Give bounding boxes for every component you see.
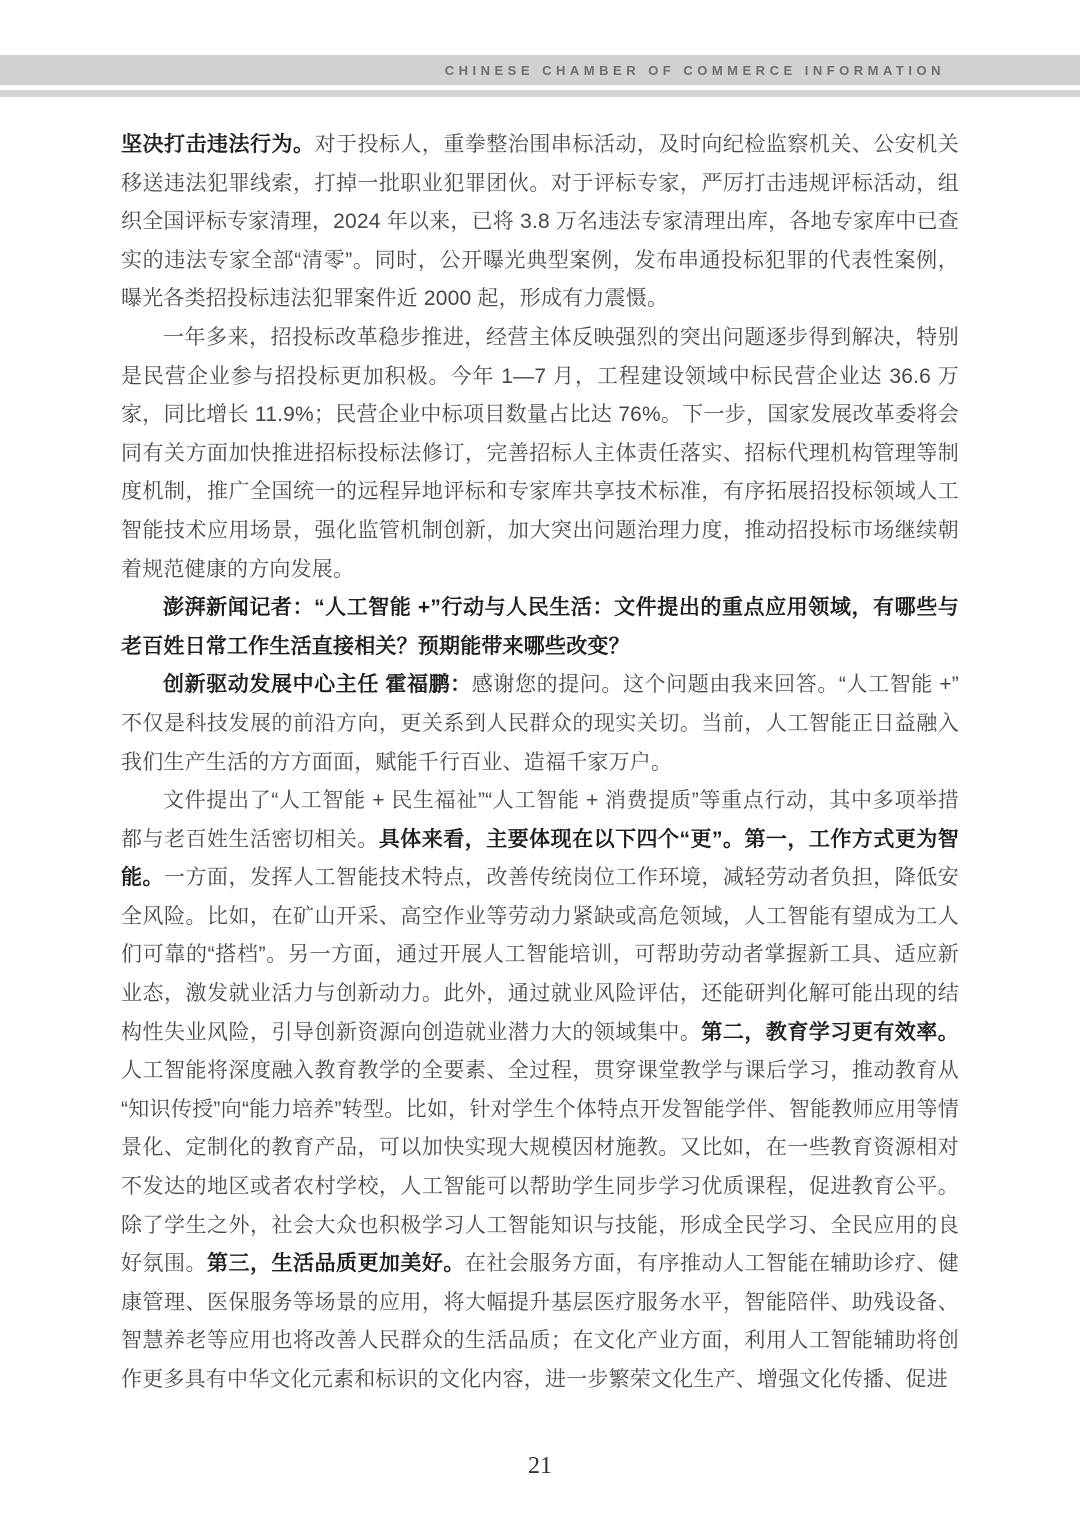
- bold-text-run: 第二，教育学习更有效率。: [701, 1021, 959, 1044]
- header-banner-text: CHINESE CHAMBER OF COMMERCE INFORMATION: [445, 63, 945, 78]
- bold-text-run: 澎湃新闻记者：“人工智能 +”行动与人民生活：文件提出的重点应用领域，有哪些与老…: [121, 596, 959, 658]
- paragraph: 坚决打击违法行为。对于投标人，重拳整治围串标活动，及时向纪检监察机关、公安机关移…: [121, 126, 959, 319]
- page-number: 21: [0, 1453, 1080, 1480]
- header-banner: CHINESE CHAMBER OF COMMERCE INFORMATION: [0, 55, 1080, 85]
- paragraph: 文件提出了“人工智能 + 民生福祉”“人工智能 + 消费提质”等重点行动，其中多…: [121, 782, 959, 1400]
- document-page: CHINESE CHAMBER OF COMMERCE INFORMATION …: [0, 0, 1080, 1525]
- bold-text-run: 创新驱动发展中心主任 霍福鹏：: [163, 673, 472, 696]
- text-run: 一年多来，招投标改革稳步推进，经营主体反映强烈的突出问题逐步得到解决，特别是民营…: [121, 326, 959, 581]
- header-rule: [0, 90, 1080, 97]
- paragraph: 创新驱动发展中心主任 霍福鹏：感谢您的提问。这个问题由我来回答。“人工智能 +”…: [121, 666, 959, 782]
- paragraph: 澎湃新闻记者：“人工智能 +”行动与人民生活：文件提出的重点应用领域，有哪些与老…: [121, 589, 959, 666]
- text-run: 一方面，发挥人工智能技术特点，改善传统岗位工作环境，减轻劳动者负担，降低安全风险…: [121, 866, 959, 1043]
- bold-text-run: 坚决打击违法行为。: [121, 133, 314, 156]
- article-body: 坚决打击违法行为。对于投标人，重拳整治围串标活动，及时向纪检监察机关、公安机关移…: [121, 126, 959, 1400]
- text-run: 人工智能将深度融入教育教学的全要素、全过程，贯穿课堂教学与课后学习，推动教育从“…: [121, 1059, 959, 1275]
- text-run: 对于投标人，重拳整治围串标活动，及时向纪检监察机关、公安机关移送违法犯罪线索，打…: [121, 133, 959, 310]
- paragraph: 一年多来，招投标改革稳步推进，经营主体反映强烈的突出问题逐步得到解决，特别是民营…: [121, 319, 959, 589]
- bold-text-run: 第三，生活品质更加美好。: [207, 1252, 465, 1275]
